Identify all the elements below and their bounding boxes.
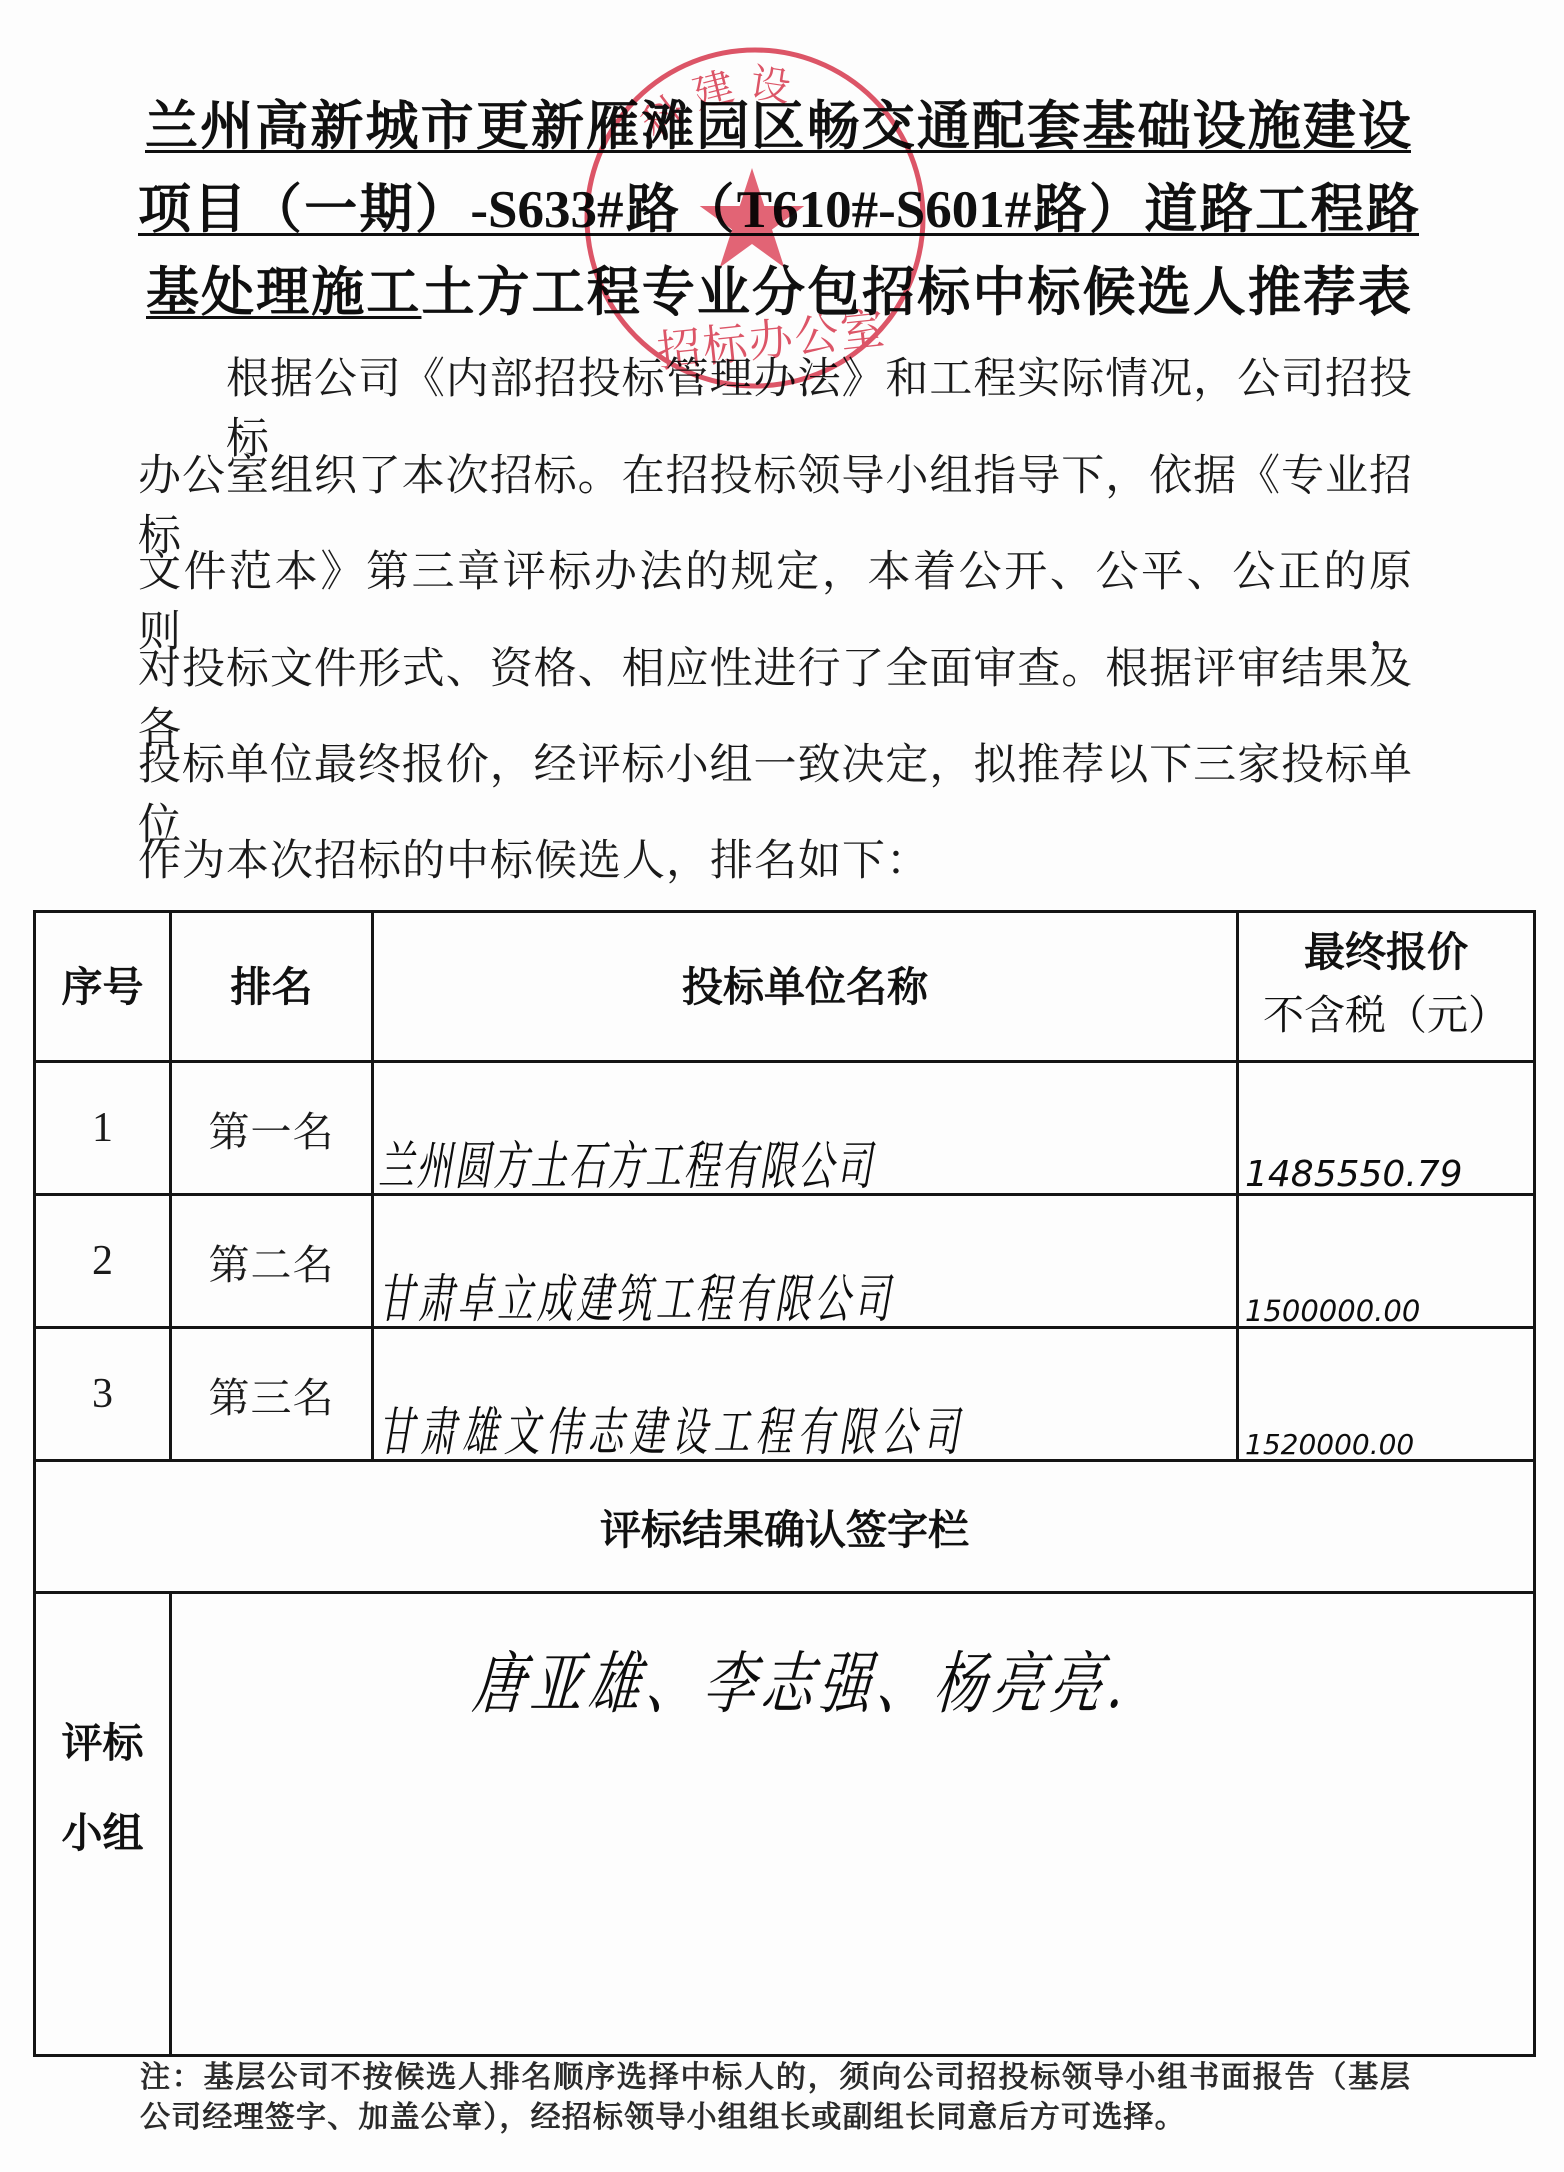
table-row: 2 第二名 甘肃卓立成建筑工程有限公司 1500000.00	[35, 1195, 1535, 1328]
body-line-1: 根据公司《内部招投标管理办法》和工程实际情况，公司招投标	[226, 350, 1412, 410]
handwritten-price: 1500000.00	[1245, 1297, 1420, 1326]
candidate-table: 序号 排名 投标单位名称 最终报价 不含税（元） 1 第一名 兰州圆方土石方工程…	[33, 910, 1536, 2057]
title-line-2-text: 项目（一期）-S633#路（T610#-S601#路）道路工程路	[138, 181, 1419, 239]
title-line-3-rest: 土方工程专业分包招标中标候选人推荐表	[421, 264, 1411, 322]
title-line-2: 项目（一期）-S633#路（T610#-S601#路）道路工程路	[138, 178, 1419, 242]
document-page: 兰州高新城市更新雁滩园区畅交通配套基础设施建设 项目（一期）-S633#路（T6…	[0, 0, 1564, 2172]
title-line-1-text: 兰州高新城市更新雁滩园区畅交通配套基础设施建设	[145, 98, 1411, 156]
row-rank: 第二名	[209, 1242, 335, 1288]
header-bidder: 投标单位名称	[682, 963, 928, 1011]
handwritten-price: 1520000.00	[1245, 1431, 1414, 1459]
panel-label-line-2: 小组	[36, 1788, 169, 1878]
table-row: 1 第一名 兰州圆方土石方工程有限公司 1485550.79	[35, 1062, 1535, 1195]
cell-rank: 第三名	[171, 1328, 373, 1461]
header-price-line-2: 不含税（元）	[1239, 990, 1533, 1040]
confirm-header-row: 评标结果确认签字栏	[35, 1461, 1535, 1593]
row-rank: 第三名	[209, 1375, 335, 1421]
row-index: 3	[92, 1371, 113, 1417]
body-line-4: 对投标文件形式、资格、相应性进行了全面审查。根据评审结果及各	[138, 640, 1412, 700]
footnote-line-1: 注：基层公司不按候选人排名顺序选择中标人的，须向公司招投标领导小组书面报告（基层	[140, 2058, 1410, 2098]
cell-bidder: 兰州圆方土石方工程有限公司	[373, 1062, 1238, 1195]
panel-label: 评标 小组	[36, 1698, 169, 1878]
handwritten-price: 1485550.79	[1245, 1157, 1463, 1193]
confirm-header-cell: 评标结果确认签字栏	[35, 1461, 1535, 1593]
footnote-line-2: 公司经理签字、加盖公章），经招标领导小组组长或副组长同意后方可选择。	[140, 2098, 1186, 2138]
cell-price: 1485550.79	[1238, 1062, 1535, 1195]
body-line-5: 投标单位最终报价，经评标小组一致决定，拟推荐以下三家投标单位	[138, 736, 1412, 796]
cell-bidder: 甘肃卓立成建筑工程有限公司	[373, 1195, 1238, 1328]
cell-rank: 第一名	[171, 1062, 373, 1195]
header-cell-bidder: 投标单位名称	[373, 912, 1238, 1062]
cell-index: 2	[35, 1195, 171, 1328]
handwritten-bidder-name: 兰州圆方土石方工程有限公司	[378, 1139, 872, 1197]
row-index: 1	[92, 1105, 113, 1151]
panel-label-line-1: 评标	[36, 1698, 169, 1788]
row-index: 2	[92, 1238, 113, 1284]
handwritten-bidder-name: 甘肃卓立成建筑工程有限公司	[378, 1272, 890, 1330]
title-line-3-underlined: 基处理施工	[146, 264, 421, 322]
handwritten-bidder-name: 甘肃雄文伟志建设工程有限公司	[378, 1405, 959, 1463]
panel-label-cell: 评标 小组	[35, 1593, 171, 2056]
cell-rank: 第二名	[171, 1195, 373, 1328]
row-rank: 第一名	[209, 1109, 335, 1155]
header-price-line-1: 最终报价	[1239, 927, 1533, 977]
header-cell-rank: 排名	[171, 912, 373, 1062]
cell-price: 1500000.00	[1238, 1195, 1535, 1328]
cell-bidder: 甘肃雄文伟志建设工程有限公司	[373, 1328, 1238, 1461]
cell-index: 3	[35, 1328, 171, 1461]
table-row: 3 第三名 甘肃雄文伟志建设工程有限公司 1520000.00	[35, 1328, 1535, 1461]
body-line-2: 办公室组织了本次招标。在招投标领导小组指导下，依据《专业招标	[138, 447, 1412, 507]
cell-price: 1520000.00	[1238, 1328, 1535, 1461]
header-cell-index: 序号	[35, 912, 171, 1062]
table-header-row: 序号 排名 投标单位名称 最终报价 不含税（元）	[35, 912, 1535, 1062]
header-index: 序号	[62, 963, 144, 1011]
body-line-3: 文件范本》第三章评标办法的规定，本着公开、公平、公正的原则，	[138, 543, 1412, 603]
header-price: 最终报价 不含税（元）	[1239, 927, 1533, 1040]
cell-index: 1	[35, 1062, 171, 1195]
body-line-6: 作为本次招标的中标候选人，排名如下：	[138, 832, 1412, 892]
signature-row: 评标 小组 唐亚雄、李志强、杨亮亮.	[35, 1593, 1535, 2056]
header-rank: 排名	[231, 963, 313, 1011]
header-cell-price: 最终报价 不含税（元）	[1238, 912, 1535, 1062]
title-line-3: 基处理施工土方工程专业分包招标中标候选人推荐表	[146, 261, 1411, 325]
handwritten-signatures: 唐亚雄、李志强、杨亮亮.	[469, 1640, 1127, 1731]
title-line-1: 兰州高新城市更新雁滩园区畅交通配套基础设施建设	[145, 95, 1411, 159]
confirm-header: 评标结果确认签字栏	[600, 1506, 969, 1554]
signature-cell: 唐亚雄、李志强、杨亮亮.	[171, 1593, 1535, 2056]
